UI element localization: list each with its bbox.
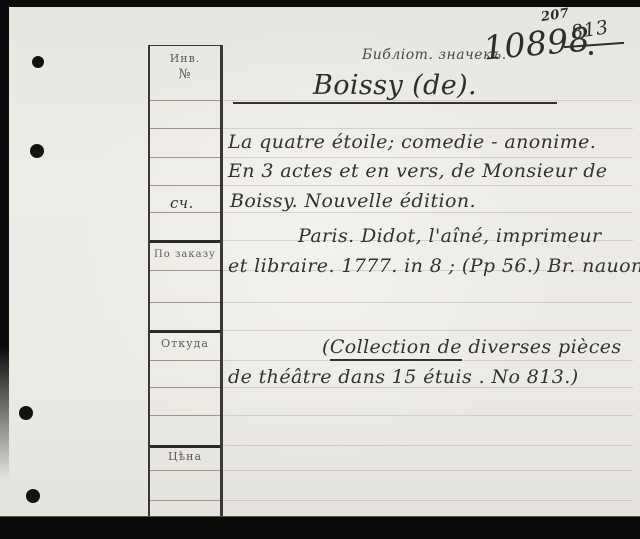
- collection-open-paren: (: [322, 336, 330, 358]
- collection-rest-text: diverses pièces: [462, 336, 622, 358]
- heading-underline: [233, 102, 557, 104]
- body-line-5: et libraire. 1777. in 8 ; (Pp 56.) Br. n…: [228, 255, 640, 277]
- card-heading-author: Boissy (de).: [233, 70, 557, 101]
- shelf-number-dot: [589, 51, 593, 55]
- price-label: Цѣна: [149, 450, 221, 463]
- handwritten-column-note: сч.: [170, 194, 194, 212]
- body-line-1: La quatre étoile; comedie - anonime.: [228, 131, 596, 153]
- catalog-card-scan: Библіот. значекъ. 10898 207 813 Boissy (…: [0, 0, 640, 539]
- inventory-number-sign: №: [149, 67, 221, 82]
- order-label: По заказу: [149, 249, 221, 260]
- card-content: Библіот. значекъ. 10898 207 813 Boissy (…: [0, 0, 640, 539]
- inventory-number-label: Инв.: [149, 52, 221, 65]
- body-line-4: Paris. Didot, l'aîné, imprimeur: [298, 225, 602, 247]
- lower-shelf-number: 813: [570, 16, 610, 44]
- origin-label: Откуда: [149, 337, 221, 350]
- collection-note-line-2: de théâtre dans 15 étuis . No 813.): [228, 366, 579, 388]
- collection-note-line-1: (Collection de diverses pièces: [322, 336, 622, 358]
- body-line-3: Boissy. Nouvelle édition.: [230, 190, 476, 212]
- body-line-2: En 3 actes et en vers, de Monsieur de: [228, 160, 607, 182]
- collection-underlined-text: Collection de: [330, 336, 462, 361]
